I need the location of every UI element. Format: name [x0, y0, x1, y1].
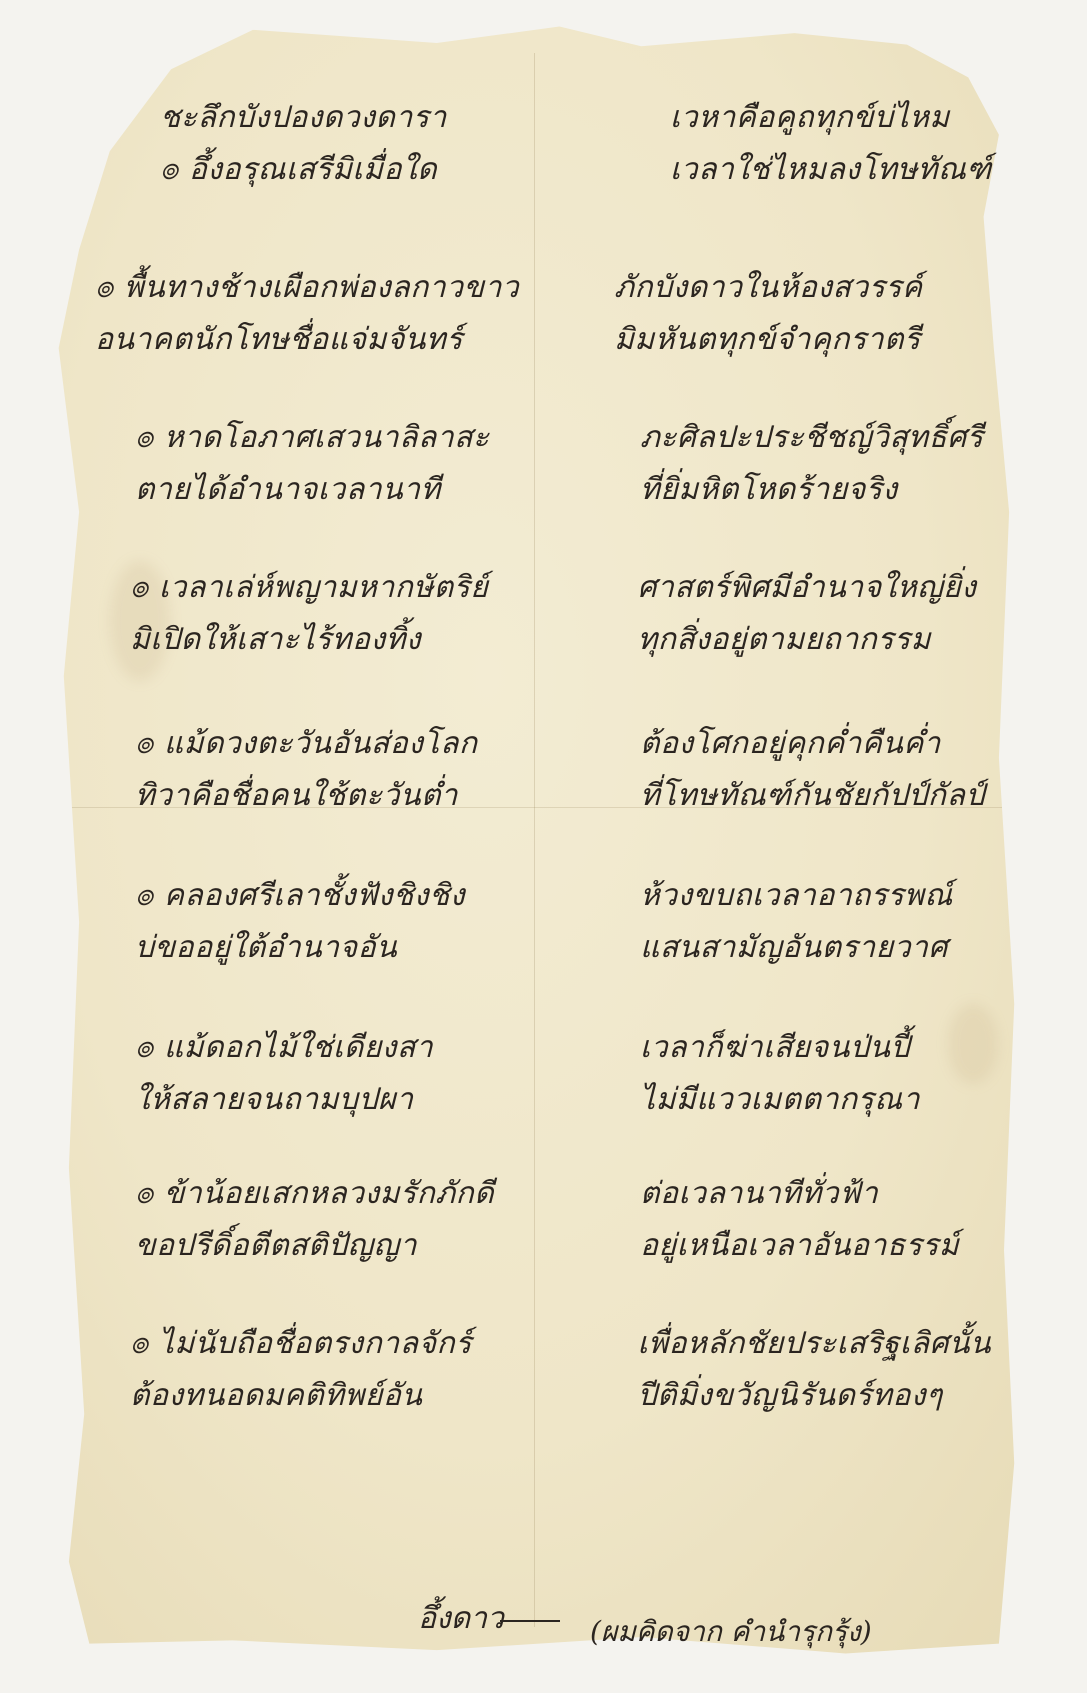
- verse-line: ให้สลายจนถามบุปผา: [135, 1074, 530, 1126]
- verse-line: ชะลึกบังปองดวงดารา: [160, 92, 550, 144]
- stanza-6: ๏ คลองศรีเลาชั้งฟังชิงชิง บ่ขออยู่ใต้อำน…: [135, 870, 1035, 974]
- verse-line: ตายได้อำนาจเวลานาที: [135, 464, 530, 516]
- stanza-5: ๏ แม้ดวงตะวันอันส่องโลก ทิวาคือชื่อคนใช้…: [135, 718, 1035, 822]
- verse-line: ต่อเวลานาทีทั่วฟ้า: [640, 1168, 1035, 1220]
- verse-line: ๏ หาดโอภาศเสวนาลิลาสะ: [135, 412, 530, 464]
- verse-line: ๏ อึ้งอรุณเสรีมิเมื่อใด: [160, 144, 550, 196]
- verse-line: ๏ แม้ดวงตะวันอันส่องโลก: [135, 718, 530, 770]
- stanza-8: ๏ ข้าน้อยเสกหลวงมรักภักดี ขอปรีดิ์อตีตสต…: [135, 1168, 1035, 1272]
- attribution-note: (ผมคิดจาก คำนำรุกรุ้ง): [590, 1610, 872, 1654]
- verse-line: มิเปิดให้เสาะไร้ทองทิ้ง: [130, 614, 523, 666]
- verse-line: ๏ ข้าน้อยเสกหลวงมรักภักดี: [135, 1168, 530, 1220]
- verse-line: ๏ คลองศรีเลาชั้งฟังชิงชิง: [135, 870, 530, 922]
- verse-line: ๏ แม้ดอกไม้ใช่เดียงสา: [135, 1022, 530, 1074]
- stanza-1: ชะลึกบังปองดวงดารา ๏ อึ้งอรุณเสรีมิเมื่อ…: [160, 92, 1060, 196]
- verse-line: ปีติมิ่งขวัญนิรันดร์ทองๆ: [638, 1370, 1031, 1422]
- verse-line: ที่โทษทัณฑ์กันชัยกัปป์กัลป์: [640, 770, 1035, 822]
- verse-line: ภะศิลปะประชีชญ์วิสุทธิ์ศรี: [640, 412, 1035, 464]
- verse-line: อนาคตนักโทษชื่อแจ่มจันทร์: [95, 314, 519, 366]
- verse-line: ที่ยิ่มหิตโหดร้ายจริง: [640, 464, 1035, 516]
- verse-line: ๏ พื้นทางช้างเผือกพ่องลกาวขาว: [95, 262, 519, 314]
- signature-underline: [500, 1620, 560, 1622]
- stanza-7: ๏ แม้ดอกไม้ใช่เดียงสา ให้สลายจนถามบุปผา …: [135, 1022, 1035, 1126]
- verse-line: บ่ขออยู่ใต้อำนาจอัน: [135, 922, 530, 974]
- verse-line: ทุกสิ่งอยู่ตามยถากรรม: [638, 614, 1031, 666]
- stanza-9: ๏ ไม่นับถือชื่อตรงกาลจักร์ ต้องทนอดมคติท…: [130, 1318, 1030, 1422]
- verse-line: ศาสตร์พิศมีอำนาจใหญ่ยิ่ง: [638, 562, 1031, 614]
- verse-line: ขอปรีดิ์อตีตสติปัญญา: [135, 1220, 530, 1272]
- manuscript-content: ชะลึกบังปองดวงดารา ๏ อึ้งอรุณเสรีมิเมื่อ…: [0, 0, 1087, 1693]
- verse-line: เพื่อหลักชัยประเสริฐเลิศนั้น: [638, 1318, 1031, 1370]
- verse-line: ไม่มีแววเมตตากรุณา: [640, 1074, 1035, 1126]
- verse-line: ภักบังดาวในห้องสวรรค์: [614, 262, 995, 314]
- verse-line: ต้องทนอดมคติทิพย์อัน: [130, 1370, 523, 1422]
- verse-line: มิมหันตทุกข์จำคุกราตรี: [614, 314, 995, 366]
- stanza-3: ๏ หาดโอภาศเสวนาลิลาสะ ตายได้อำนาจเวลานาท…: [135, 412, 1035, 516]
- verse-line: ๏ ไม่นับถือชื่อตรงกาลจักร์: [130, 1318, 523, 1370]
- stanza-2: ๏ พื้นทางช้างเผือกพ่องลกาวขาว อนาคตนักโท…: [95, 262, 995, 366]
- author-signature: อึ้งดาว: [418, 1595, 504, 1642]
- verse-line: อยู่เหนือเวลาอันอาธรรม์: [640, 1220, 1035, 1272]
- verse-line: เวลาใช่ไหมลงโทษทัณฑ์: [670, 144, 1060, 196]
- verse-line: ๏ เวลาเล่ห์พญามหากษัตริย์: [130, 562, 523, 614]
- stanza-4: ๏ เวลาเล่ห์พญามหากษัตริย์ มิเปิดให้เสาะไ…: [130, 562, 1030, 666]
- verse-line: เวหาคือคูถทุกข์บ่ไหม: [670, 92, 1060, 144]
- verse-line: เวลาก็ฆ่าเสียจนป่นปี้: [640, 1022, 1035, 1074]
- verse-line: แสนสามัญอันตรายวาศ: [640, 922, 1035, 974]
- verse-line: ทิวาคือชื่อคนใช้ตะวันต่ำ: [135, 770, 530, 822]
- verse-line: ต้องโศกอยู่คุกค่ำคืนค่ำ: [640, 718, 1035, 770]
- verse-line: ห้วงขบถเวลาอาถรรพณ์: [640, 870, 1035, 922]
